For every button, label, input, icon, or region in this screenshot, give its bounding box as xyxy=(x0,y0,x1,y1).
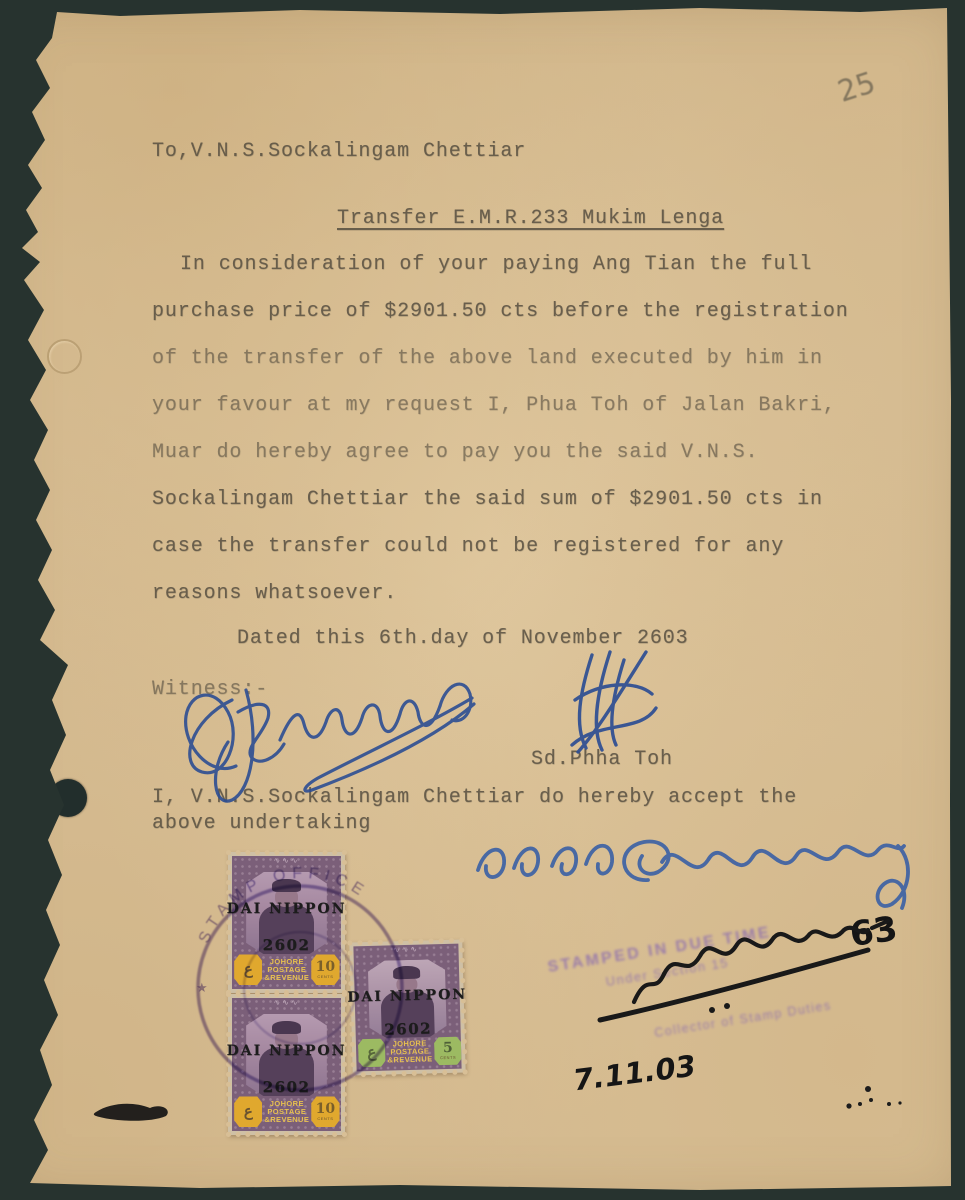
body-line: In consideration of your paying Ang Tian… xyxy=(180,253,812,276)
postage-stamp-10c: ∿∿∿ ع JOHORE POSTAGE &REVENUE xyxy=(228,994,345,1135)
ink-smudge xyxy=(94,1104,168,1121)
stamp-country-label: JOHORE POSTAGE &REVENUE xyxy=(264,954,309,985)
stamp-value: 10 xyxy=(316,1103,335,1116)
ink-annotations xyxy=(0,0,965,1200)
stamp-ornament-tablet: ع xyxy=(234,954,262,985)
phua-toh-signature xyxy=(572,652,656,752)
jawi-ornament-glyph: ع xyxy=(244,963,253,977)
body-line: Muar do hereby agree to pay you the said… xyxy=(152,441,758,464)
stamp-value: 5 xyxy=(443,1042,453,1055)
body-line: your favour at my request I, Phua Toh of… xyxy=(152,394,836,417)
year-overprint: 2602 xyxy=(263,936,311,954)
stamp-country-line: &REVENUE xyxy=(264,974,309,982)
dated-line: Dated this 6th.day of November 2603 xyxy=(237,627,689,650)
stamp-value-tablet: 10 CENTS xyxy=(311,1096,339,1127)
scanned-document-scene: 25 To,V.N.S.Sockalingam Chettiar Transfe… xyxy=(0,0,965,1200)
body-line: purchase price of $2901.50 cts before th… xyxy=(152,300,849,323)
stamp-country-line: &REVENUE xyxy=(264,1116,309,1124)
addressee-line: To,V.N.S.Sockalingam Chettiar xyxy=(152,140,526,163)
stamp-value-sub: CENTS xyxy=(317,974,333,979)
witness-signature xyxy=(186,684,474,801)
stamp-ornament-tablet: ع xyxy=(234,1096,262,1127)
stamp-ornament-tablet: ع xyxy=(358,1038,386,1067)
stamp-tablets: ع JOHORE POSTAGE &REVENUE 10 CENTS xyxy=(234,954,339,985)
dai-nippon-overprint: DAI NIPPON xyxy=(347,986,467,1005)
signed-label: Sd.Phha Toh xyxy=(531,748,673,771)
postage-stamp-5c: ∿∿∿ ع JOHORE POSTAGE &REVENUE xyxy=(349,940,465,1076)
stamp-tablets: ع JOHORE POSTAGE &REVENUE 5 CENTS xyxy=(358,1036,460,1067)
jawi-ornament-glyph: ع xyxy=(367,1046,376,1060)
dai-nippon-overprint: DAI NIPPON xyxy=(227,901,347,917)
stamp-design: ∿∿∿ ع JOHORE POSTAGE &REVENUE xyxy=(232,998,341,1131)
stamp-value-tablet: 5 CENTS xyxy=(434,1036,462,1065)
year-overprint: 2602 xyxy=(384,1019,432,1038)
stamp-value-tablet: 10 CENTS xyxy=(311,954,339,985)
body-line: Sockalingam Chettiar the said sum of $29… xyxy=(152,488,823,511)
stamp-design: ∿∿∿ ع JOHORE POSTAGE &REVENUE xyxy=(353,944,461,1072)
ink-specks xyxy=(846,1086,901,1109)
stamp-country-label: JOHORE POSTAGE &REVENUE xyxy=(264,1096,309,1127)
pencil-note: 25 xyxy=(834,65,880,109)
stamp-country-label: JOHORE POSTAGE &REVENUE xyxy=(387,1037,433,1067)
acceptance-line: I, V.N.S.Sockalingam Chettiar do hereby … xyxy=(152,786,797,809)
dai-nippon-overprint: DAI NIPPON xyxy=(227,1043,347,1059)
stamp-design: ∿∿∿ ع JOHORE POSTAGE &REVENUE xyxy=(232,856,341,989)
acceptance-signature xyxy=(478,842,908,908)
stamp-value-sub: CENTS xyxy=(440,1055,456,1060)
body-line: reasons whatsoever. xyxy=(152,582,397,605)
stamp-arabic-script: ∿∿∿ xyxy=(353,945,458,956)
stamp-value-sub: CENTS xyxy=(317,1116,333,1121)
body-line: case the transfer could not be registere… xyxy=(152,535,784,558)
stamp-value: 10 xyxy=(316,961,335,974)
handwritten-date: 7.11.03 xyxy=(573,1048,697,1097)
year-overprint: 2602 xyxy=(263,1078,311,1096)
handwritten-number: 63 xyxy=(847,909,899,955)
document-paper: 25 To,V.N.S.Sockalingam Chettiar Transfe… xyxy=(0,0,965,1200)
postage-stamp-10c: ∿∿∿ ع JOHORE POSTAGE &REVENUE xyxy=(228,852,345,993)
witness-label: Witness:- xyxy=(152,678,268,701)
body-line: of the transfer of the above land execut… xyxy=(152,347,823,370)
acceptance-line: above undertaking xyxy=(152,812,371,835)
office-stamp-line: Collector of Stamp Duties xyxy=(653,988,897,1040)
document-title: Transfer E.M.R.233 Mukim Lenga xyxy=(337,207,724,230)
jawi-ornament-glyph: ع xyxy=(244,1105,253,1119)
embossed-punch-mark xyxy=(47,339,82,374)
hole-punch xyxy=(49,779,87,817)
postmark-star: ★ xyxy=(196,980,208,995)
stamp-tablets: ع JOHORE POSTAGE &REVENUE 10 CENTS xyxy=(234,1096,339,1127)
stamp-arabic-script: ∿∿∿ xyxy=(232,857,341,865)
stamp-arabic-script: ∿∿∿ xyxy=(232,999,341,1007)
office-rubber-stamp: STAMPED IN DUE TIME Under Section 15 Col… xyxy=(547,906,898,1055)
stamp-country-line: &REVENUE xyxy=(388,1055,433,1064)
stamp-office-postmark: STAMP OFFICE ★ xyxy=(0,0,965,1200)
